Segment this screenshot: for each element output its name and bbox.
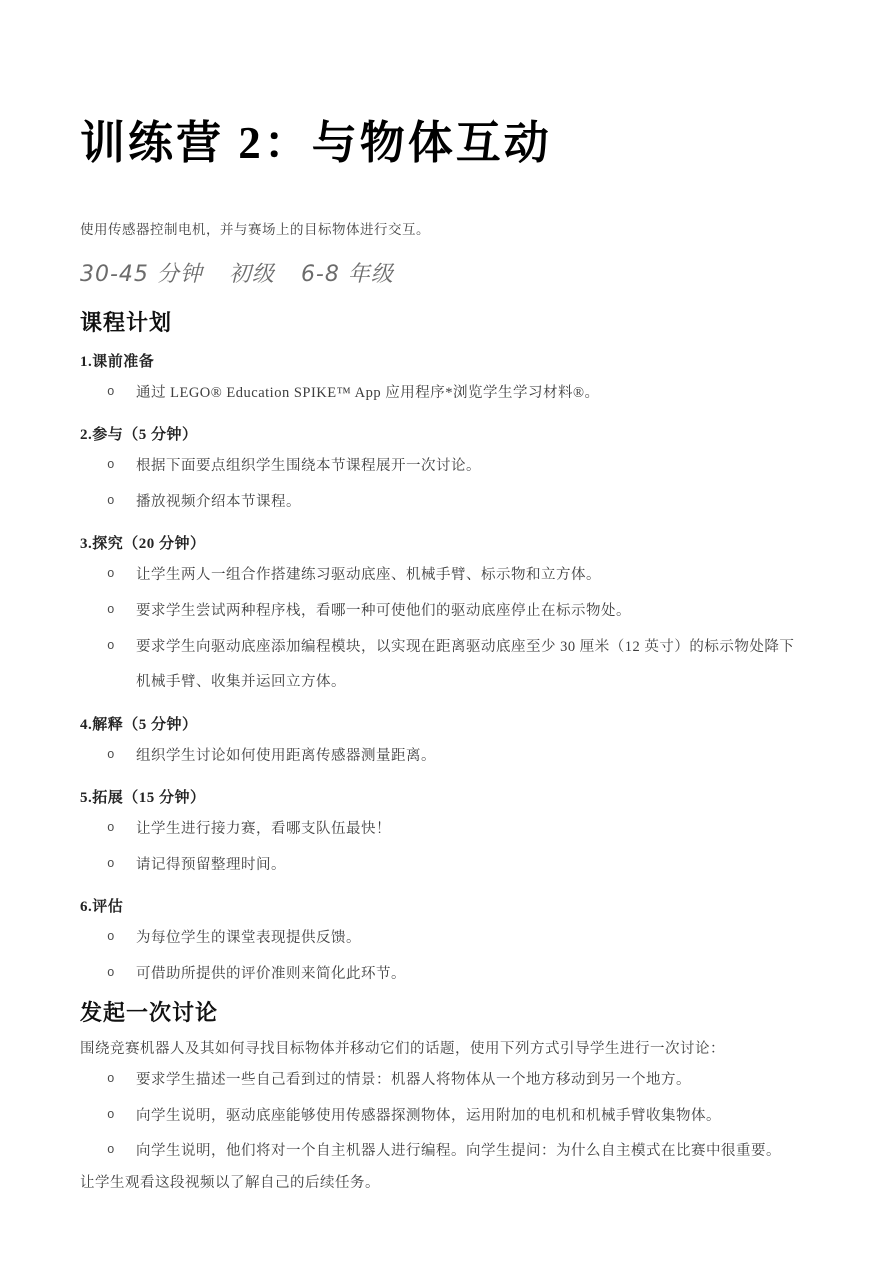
page-title: 训练营 2：与物体互动 <box>80 116 814 170</box>
discussion-heading: 发起一次讨论 <box>80 998 814 1028</box>
list-item: o请记得预留整理时间。 <box>80 848 814 884</box>
list-item-text: 让学生进行接力赛，看哪支队伍最快！ <box>136 821 391 837</box>
section-bullet-list: o通过 LEGO® Education SPIKE™ App 应用程序*浏览学生… <box>80 376 814 412</box>
discussion-intro: 围绕竞赛机器人及其如何寻找目标物体并移动它们的话题，使用下列方式引导学生进行一次… <box>80 1036 814 1064</box>
list-item-text: 让学生两人一组合作搭建练习驱动底座、机械手臂、标示物和立方体。 <box>136 567 601 583</box>
list-item: o要求学生尝试两种程序栈，看哪一种可使他们的驱动底座停止在标示物处。 <box>80 594 814 630</box>
lesson-intro: 使用传感器控制电机，并与赛场上的目标物体进行交互。 <box>80 220 814 240</box>
list-item: o可借助所提供的评价准则来简化此环节。 <box>80 957 814 993</box>
bullet-marker: o <box>107 631 115 662</box>
list-item-text: 要求学生向驱动底座添加编程模块，以实现在距离驱动底座至少 30 厘米（12 英寸… <box>136 639 794 691</box>
bullet-marker: o <box>107 1064 115 1095</box>
list-item-text: 请记得预留整理时间。 <box>136 857 286 873</box>
lesson-plan-section: 4.解释（5 分钟） o组织学生讨论如何使用距离传感器测量距离。 <box>80 713 814 775</box>
list-item-text: 为每位学生的课堂表现提供反馈。 <box>136 930 361 946</box>
list-item: o让学生进行接力赛，看哪支队伍最快！ <box>80 812 814 848</box>
section-bullet-list: o根据下面要点组织学生围绕本节课程展开一次讨论。 o播放视频介绍本节课程。 <box>80 449 814 520</box>
lesson-meta: 30-45 分钟 初级 6-8 年级 <box>80 257 814 288</box>
list-item-text: 播放视频介绍本节课程。 <box>136 494 301 510</box>
lesson-plan-heading: 课程计划 <box>80 308 814 338</box>
bullet-marker: o <box>107 486 115 517</box>
bullet-marker: o <box>107 958 115 989</box>
section-bullet-list: o让学生两人一组合作搭建练习驱动底座、机械手臂、标示物和立方体。 o要求学生尝试… <box>80 558 814 700</box>
section-title: 5.拓展（15 分钟） <box>80 786 814 810</box>
section-title: 4.解释（5 分钟） <box>80 713 814 737</box>
section-title: 2.参与（5 分钟） <box>80 423 814 447</box>
section-bullet-list: o组织学生讨论如何使用距离传感器测量距离。 <box>80 739 814 775</box>
bullet-marker: o <box>107 450 115 481</box>
list-item-text: 要求学生尝试两种程序栈，看哪一种可使他们的驱动底座停止在标示物处。 <box>136 603 631 619</box>
section-title: 1.课前准备 <box>80 350 814 374</box>
bullet-marker: o <box>107 922 115 953</box>
bullet-marker: o <box>107 559 115 590</box>
meta-grade: 6-8 年级 <box>301 257 394 288</box>
lesson-plan-section: 6.评估 o为每位学生的课堂表现提供反馈。 o可借助所提供的评价准则来简化此环节… <box>80 895 814 992</box>
list-item-text: 向学生说明，他们将对一个自主机器人进行编程。向学生提问：为什么自主模式在比赛中很… <box>136 1143 781 1159</box>
section-bullet-list: o让学生进行接力赛，看哪支队伍最快！ o请记得预留整理时间。 <box>80 812 814 883</box>
document-page: 训练营 2：与物体互动 使用传感器控制电机，并与赛场上的目标物体进行交互。 30… <box>0 0 892 1197</box>
list-item-text: 要求学生描述一些自己看到过的情景：机器人将物体从一个地方移动到另一个地方。 <box>136 1072 691 1088</box>
list-item: o要求学生向驱动底座添加编程模块，以实现在距离驱动底座至少 30 厘米（12 英… <box>80 630 814 701</box>
list-item: o为每位学生的课堂表现提供反馈。 <box>80 921 814 957</box>
list-item: o让学生两人一组合作搭建练习驱动底座、机械手臂、标示物和立方体。 <box>80 558 814 594</box>
section-title: 6.评估 <box>80 895 814 919</box>
bullet-marker: o <box>107 849 115 880</box>
list-item-text: 向学生说明，驱动底座能够使用传感器探测物体，运用附加的电机和机械手臂收集物体。 <box>136 1108 721 1124</box>
meta-duration: 30-45 分钟 <box>80 257 203 288</box>
lesson-plan-section: 2.参与（5 分钟） o根据下面要点组织学生围绕本节课程展开一次讨论。 o播放视… <box>80 423 814 520</box>
discussion-outro: 让学生观看这段视频以了解自己的后续任务。 <box>80 1170 814 1198</box>
list-item: o要求学生描述一些自己看到过的情景：机器人将物体从一个地方移动到另一个地方。 <box>80 1063 814 1099</box>
meta-level: 初级 <box>229 257 275 288</box>
lesson-plan-section: 5.拓展（15 分钟） o让学生进行接力赛，看哪支队伍最快！ o请记得预留整理时… <box>80 786 814 883</box>
list-item-text: 根据下面要点组织学生围绕本节课程展开一次讨论。 <box>136 458 481 474</box>
bullet-marker: o <box>107 813 115 844</box>
list-item: o向学生说明，驱动底座能够使用传感器探测物体，运用附加的电机和机械手臂收集物体。 <box>80 1099 814 1135</box>
bullet-marker: o <box>107 377 115 408</box>
bullet-marker: o <box>107 740 115 771</box>
section-title: 3.探究（20 分钟） <box>80 532 814 556</box>
list-item-text: 组织学生讨论如何使用距离传感器测量距离。 <box>136 748 436 764</box>
bullet-marker: o <box>107 595 115 626</box>
lesson-plan-section: 3.探究（20 分钟） o让学生两人一组合作搭建练习驱动底座、机械手臂、标示物和… <box>80 532 814 700</box>
section-bullet-list: o为每位学生的课堂表现提供反馈。 o可借助所提供的评价准则来简化此环节。 <box>80 921 814 992</box>
discussion-bullet-list: o要求学生描述一些自己看到过的情景：机器人将物体从一个地方移动到另一个地方。 o… <box>80 1063 814 1170</box>
list-item: o播放视频介绍本节课程。 <box>80 485 814 521</box>
list-item: o向学生说明，他们将对一个自主机器人进行编程。向学生提问：为什么自主模式在比赛中… <box>80 1134 814 1170</box>
list-item: o通过 LEGO® Education SPIKE™ App 应用程序*浏览学生… <box>80 376 814 412</box>
bullet-marker: o <box>107 1135 115 1166</box>
lesson-plan-section: 1.课前准备 o通过 LEGO® Education SPIKE™ App 应用… <box>80 350 814 412</box>
list-item: o组织学生讨论如何使用距离传感器测量距离。 <box>80 739 814 775</box>
list-item-text: 可借助所提供的评价准则来简化此环节。 <box>136 966 406 982</box>
bullet-marker: o <box>107 1100 115 1131</box>
list-item-text: 通过 LEGO® Education SPIKE™ App 应用程序*浏览学生学… <box>136 385 600 401</box>
list-item: o根据下面要点组织学生围绕本节课程展开一次讨论。 <box>80 449 814 485</box>
